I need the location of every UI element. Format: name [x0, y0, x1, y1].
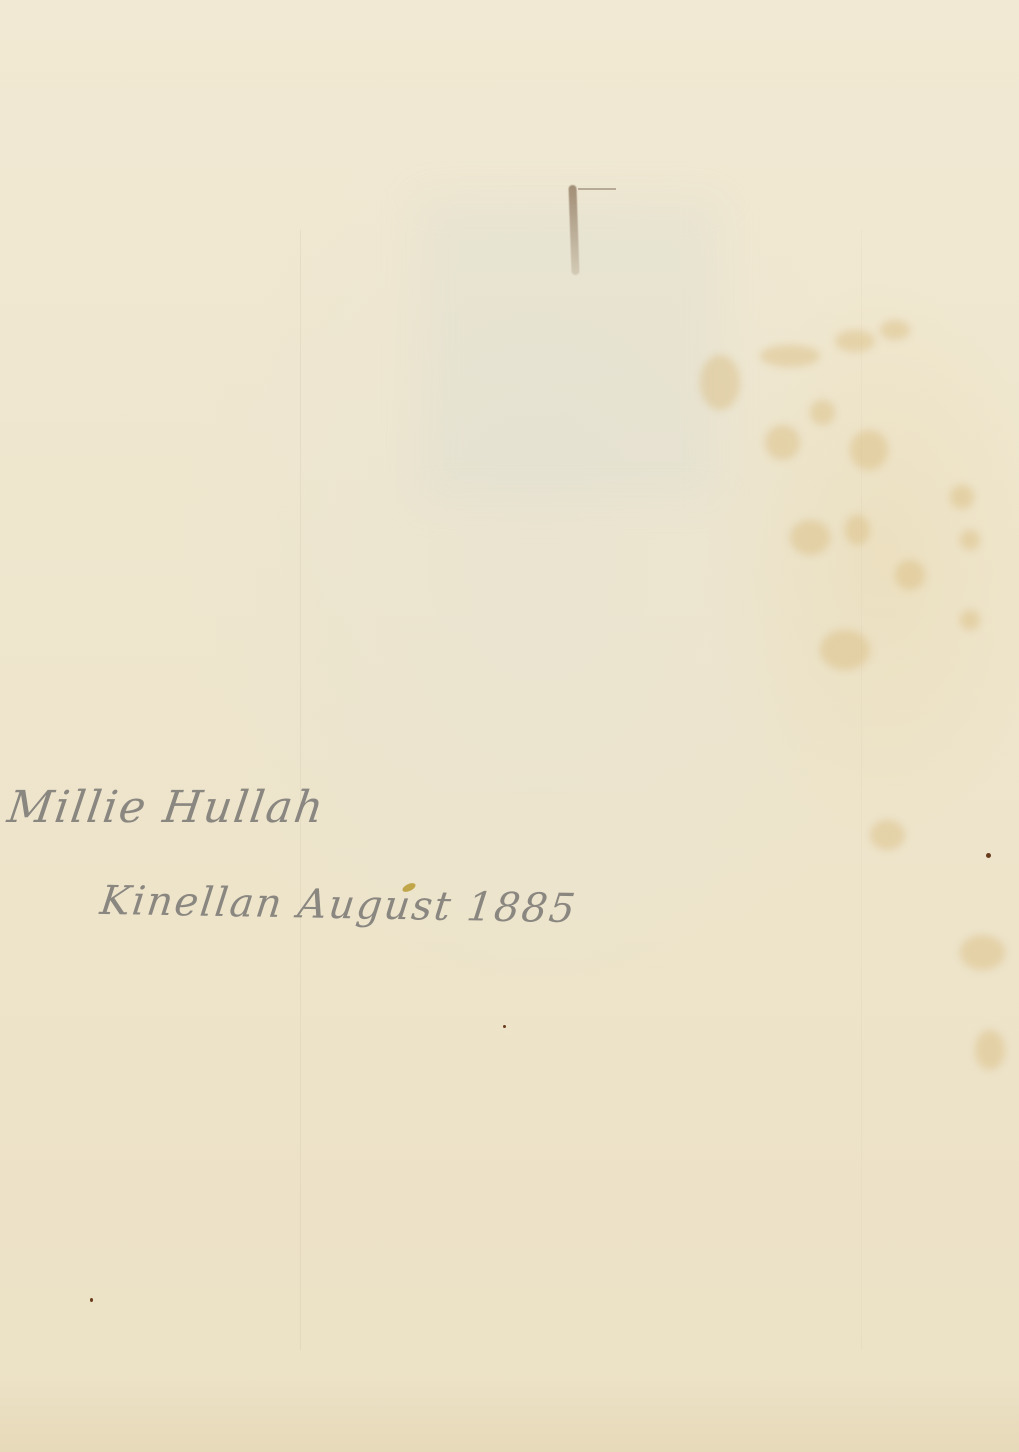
inscription-name: Millie Hullah — [4, 782, 328, 833]
bottom-edge-wear — [0, 1380, 1019, 1452]
ink-speck — [503, 1025, 506, 1028]
ink-speck — [90, 1298, 93, 1302]
inscription-place-date: Kinellan August 1885 — [98, 878, 580, 932]
paper-sheet: Millie Hullah Kinellan August 1885 — [0, 0, 1019, 1452]
ink-speck — [986, 853, 991, 858]
pencil-tick-icon — [578, 188, 616, 190]
